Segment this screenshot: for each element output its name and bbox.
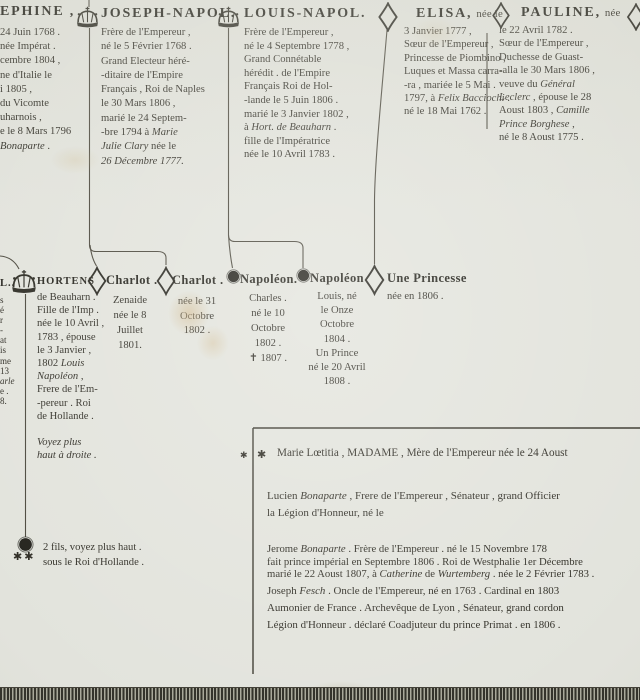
- paper-texture-overlay: [0, 0, 640, 700]
- engraved-border-band: [0, 687, 640, 700]
- engraved-genealogy-page: EPHINE , 24 Juin 1768 .née Impérat .cemb…: [0, 0, 640, 700]
